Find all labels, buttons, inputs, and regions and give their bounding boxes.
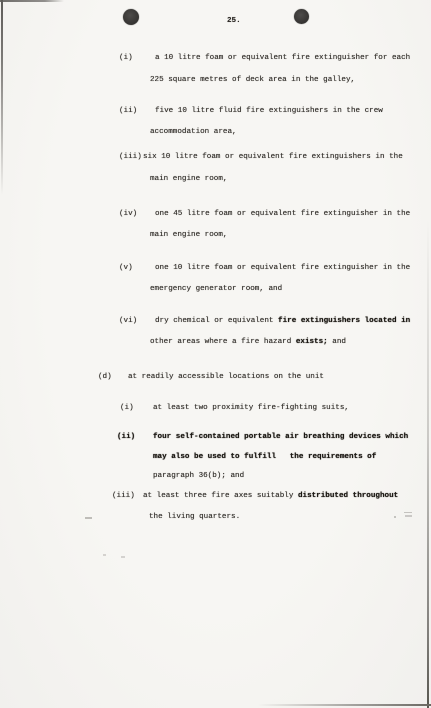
list-c-item-i-label: (i) [119,54,133,62]
list-d-item-iii-line1: at least three fire axes suitably distri… [143,492,398,500]
list-c-item-v-label: (v) [119,264,133,272]
item-d-label: (d) [98,373,112,381]
scan-noise-speck [121,556,125,558]
list-d-item-iii-line2: the living quarters. [149,513,240,521]
page-number: 25. [227,17,241,25]
scan-noise-speck [404,512,412,513]
scanned-document-page: 25. (i) a 10 litre foam or equivalent fi… [0,0,431,708]
list-d-item-i-label: (i) [120,404,134,412]
list-c-item-v-line2: emergency generator room, and [150,285,282,293]
list-d-item-iii-label: (iii) [112,492,135,500]
scan-noise-speck [103,554,106,556]
scan-edge-right-vertical [427,220,429,708]
list-d-item-i-line1: at least two proximity fire-fighting sui… [153,404,349,412]
punch-hole-dot-right [294,9,309,24]
scan-edge-top-left-horizontal [0,0,64,2]
list-d-item-ii-line3: paragraph 36(b); and [153,472,244,480]
list-c-item-i-line1: a 10 litre foam or equivalent fire extin… [155,54,410,62]
punch-hole-dot-left [123,9,139,25]
scan-edge-left-vertical [1,0,3,195]
scan-noise-speck [85,517,92,519]
list-c-item-i-line2: 225 square metres of deck area in the ga… [150,76,355,84]
scan-noise-speck [405,515,412,517]
list-c-item-vi-line1: dry chemical or equivalent fire extingui… [155,317,410,325]
list-c-item-vi-label: (vi) [119,317,137,325]
scan-edge-bottom-horizontal [258,704,431,706]
list-d-item-ii-label: (ii) [117,433,135,441]
list-d-item-ii-line1: four self-contained portable air breathi… [153,433,408,441]
item-d-text: at readily accessible locations on the u… [128,373,324,381]
list-d-item-ii-line2: may also be used to fulfill the requirem… [153,453,376,461]
list-c-item-iv-line2: main engine room, [150,231,227,239]
list-c-item-v-line1: one 10 litre foam or equivalent fire ext… [155,264,410,272]
list-c-item-iii-line2: main engine room, [150,175,227,183]
list-c-item-ii-line2: accommodation area, [150,128,237,136]
list-c-item-iv-label: (iv) [119,210,137,218]
list-c-item-iii-line1: six 10 litre foam or equivalent fire ext… [143,153,403,161]
scan-noise-speck [394,516,396,518]
list-c-item-ii-line1: five 10 litre fluid fire extinguishers i… [155,107,383,115]
list-c-item-iv-line1: one 45 litre foam or equivalent fire ext… [155,210,410,218]
list-c-item-vi-line2: other areas where a fire hazard exists; … [150,338,346,346]
list-c-item-iii-label: (iii) [119,153,142,161]
list-c-item-ii-label: (ii) [119,107,137,115]
